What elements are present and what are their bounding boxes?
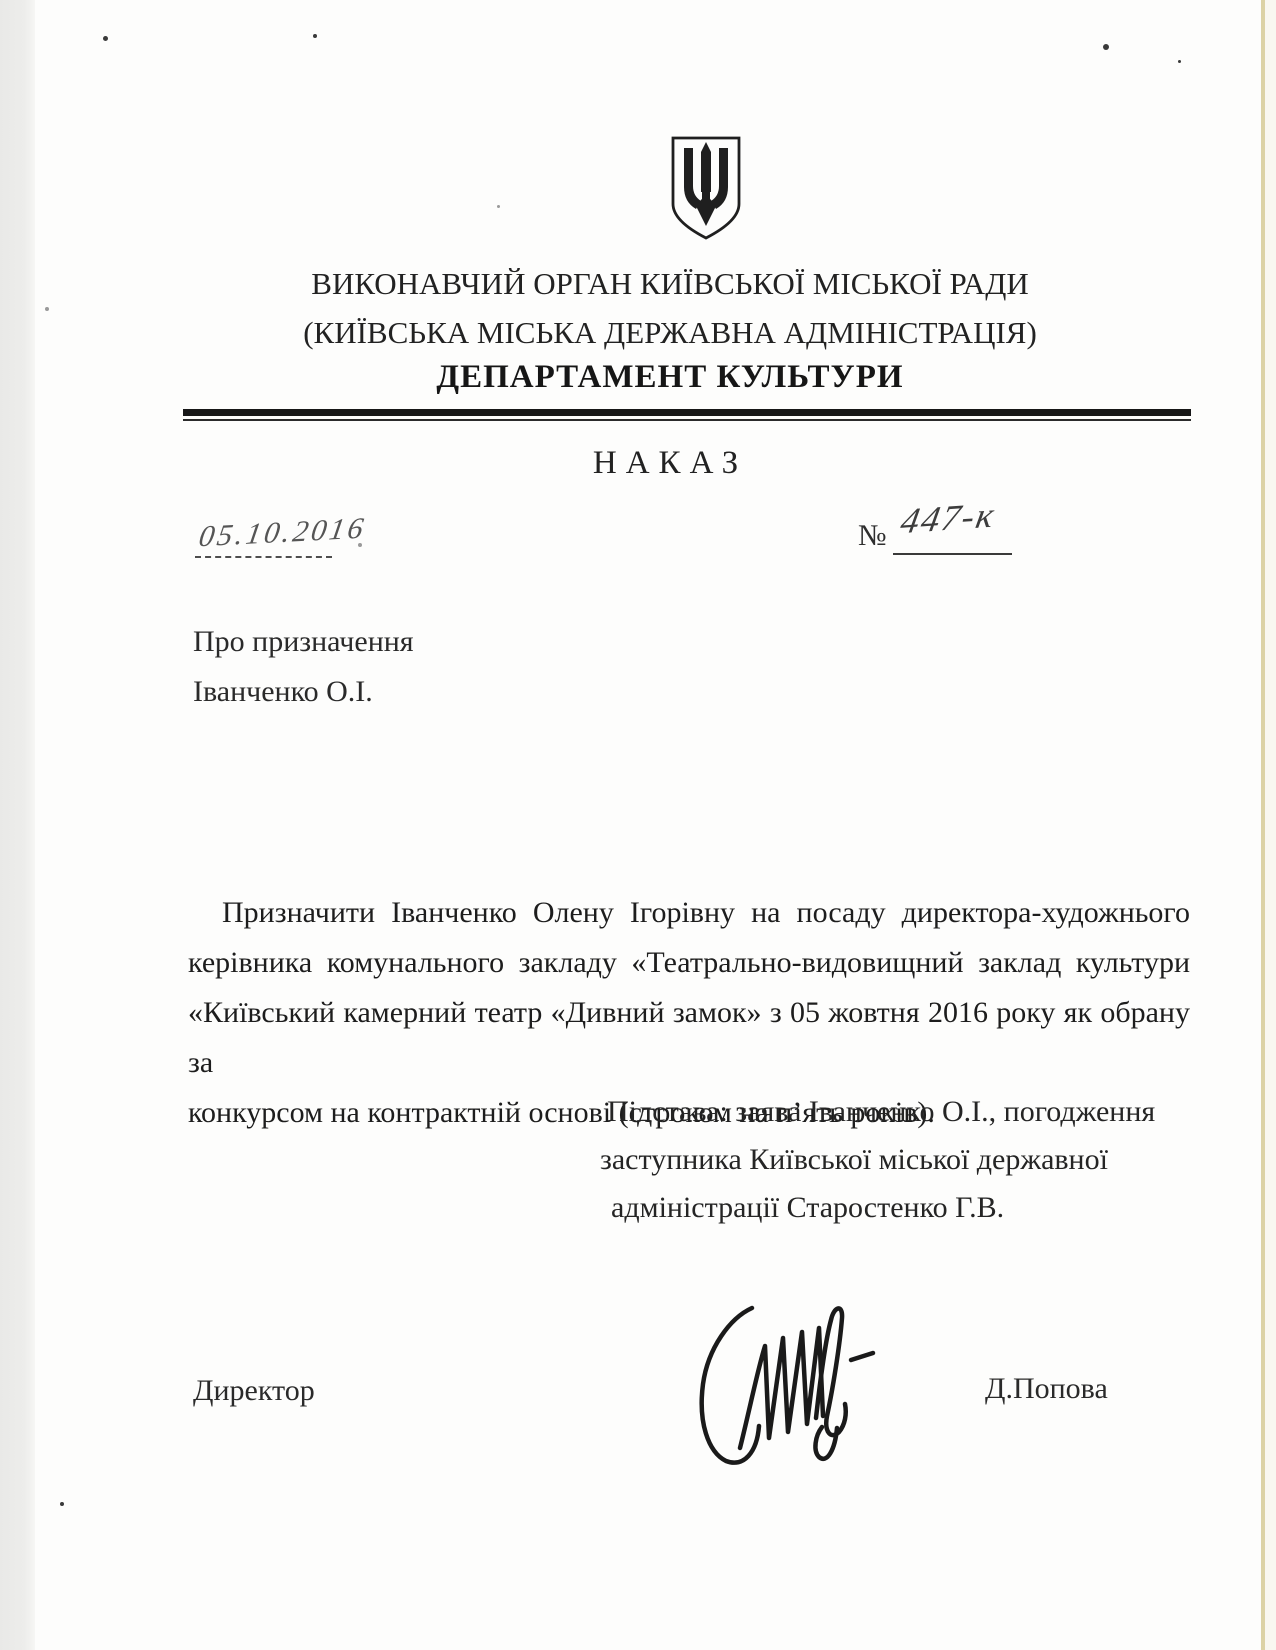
scan-speck [358,543,362,547]
signer-title: Директор [193,1376,315,1406]
basis-line: адміністрації Старостенко Г.В. [611,1184,1155,1232]
number-underline [893,553,1012,555]
basis-line: заступника Київської міської державної [600,1136,1155,1184]
scan-speck [1103,44,1109,50]
basis-line: Підстава: заява Іванченко О.І., погоджен… [607,1088,1155,1136]
director-signature-icon [688,1296,878,1476]
body-line: керівника комунального закладу «Театраль… [188,938,1190,988]
scan-speck [103,36,108,41]
department-name: ДЕПАРТАМЕНТ КУЛЬТУРИ [150,361,1190,394]
scan-speck [497,205,500,208]
basis-block: Підстава: заява Іванченко О.І., погоджен… [600,1088,1155,1232]
doc-type-title: НАКАЗ [150,447,1190,480]
body-line: «Київський камерний театр «Дивний замок»… [188,988,1190,1088]
header-rule-thick [183,409,1191,416]
date-underline [195,556,332,558]
scan-right-edge-line [1261,0,1265,1650]
scan-left-edge [0,0,35,1650]
org-name-line1: ВИКОНАВЧИЙ ОРГАН КИЇВСЬКОЇ МІСЬКОЇ РАДИ [150,268,1190,299]
handwritten-number: 447-к [898,497,999,539]
scan-right-edge [1265,0,1276,1650]
scan-speck [60,1502,64,1506]
org-name-line2: (КИЇВСЬКА МІСЬКА ДЕРЖАВНА АДМІНІСТРАЦІЯ) [150,317,1190,348]
signer-name: Д.Попова [985,1374,1108,1404]
number-sign: № [858,521,887,551]
header-rule-thin [183,419,1191,421]
subject-line1: Про призначення [193,627,414,657]
subject-line2: Іванченко О.І. [193,677,373,707]
handwritten-date: 05.10.2016 [197,514,368,553]
scanned-order-document: ВИКОНАВЧИЙ ОРГАН КИЇВСЬКОЇ МІСЬКОЇ РАДИ … [0,0,1276,1650]
scan-speck [313,34,317,38]
tryzub-emblem-icon [666,134,746,244]
scan-speck [45,307,49,311]
scan-speck [1178,60,1181,63]
body-line: Призначити Іванченко Олену Ігорівну на п… [188,888,1190,938]
